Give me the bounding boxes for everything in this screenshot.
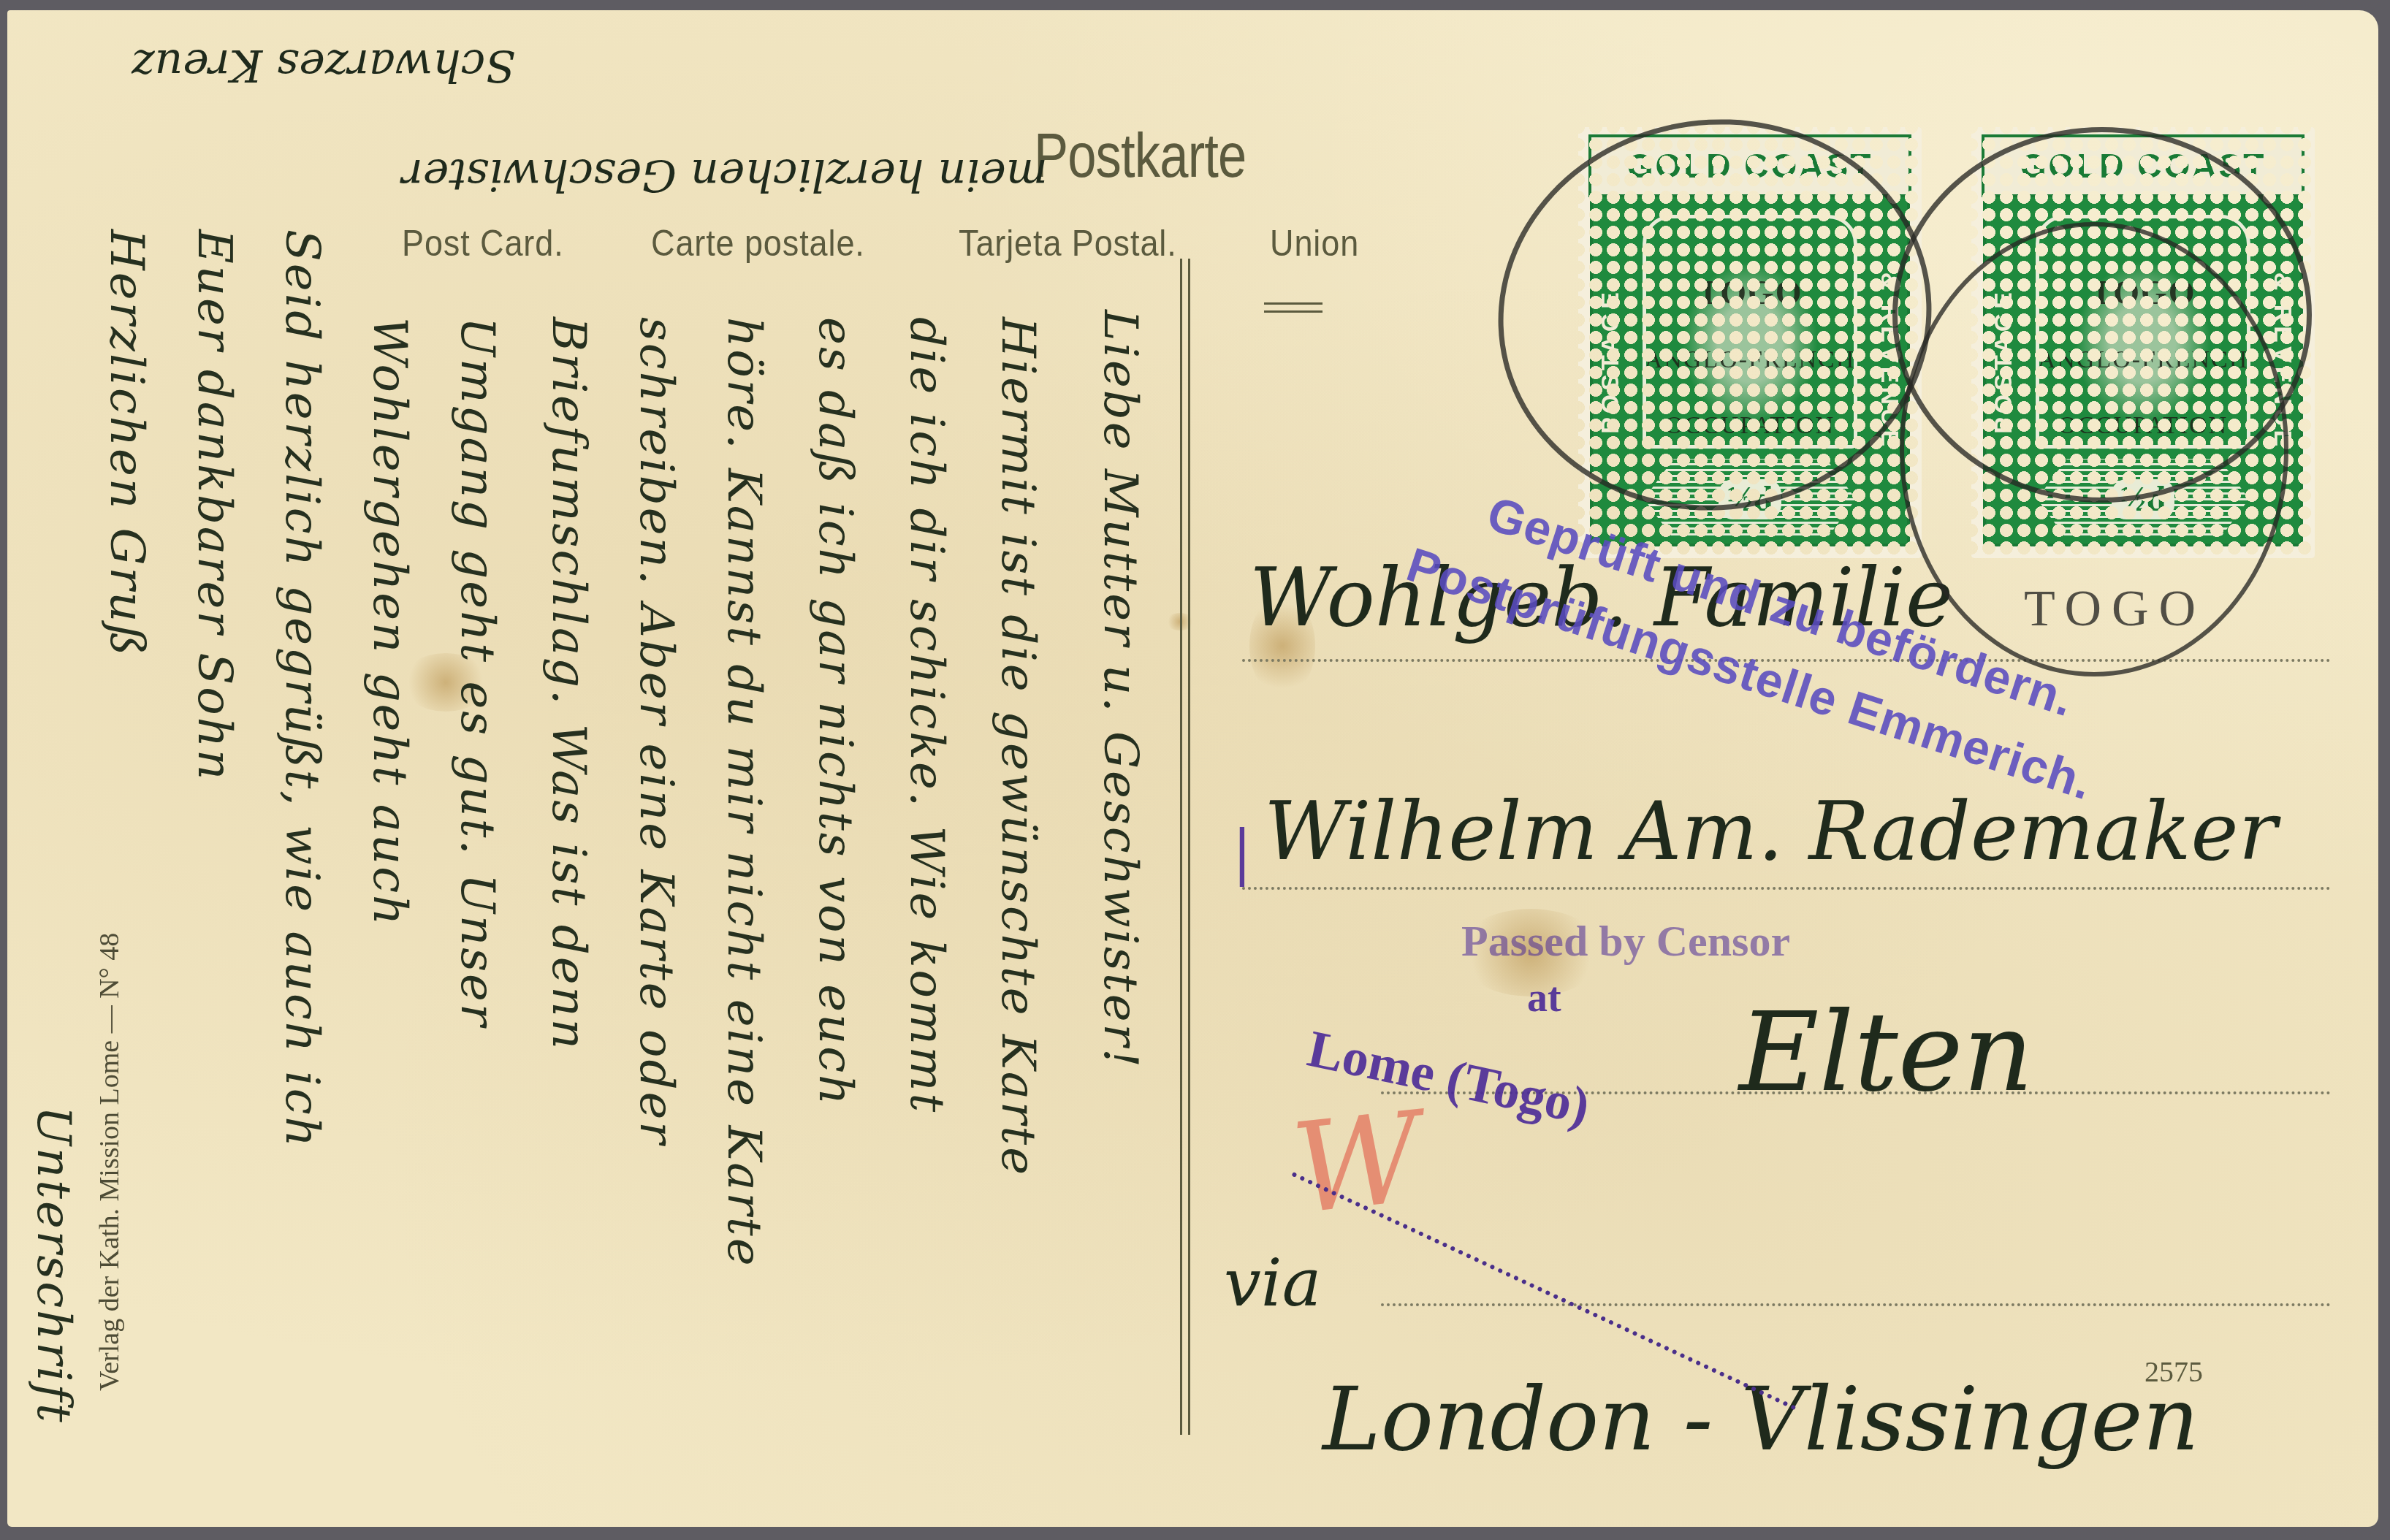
british-censor-line-2: at: [1527, 975, 1561, 1021]
message-line: Hiermit ist die gewünschte Karte: [991, 317, 1045, 1177]
postcard: Postkarte Post Card. Carte postale. Tarj…: [7, 10, 2378, 1527]
message-address-divider: [1180, 259, 1190, 1435]
subtitle-french: Carte postale.: [651, 222, 865, 264]
card-subtitles: Post Card. Carte postale. Tarjeta Postal…: [402, 222, 1369, 264]
message-line: Briefumschlag. Was ist denn: [541, 317, 595, 1051]
message-top-line: mein herzlichen Geschwister: [402, 149, 1048, 200]
british-censor-line-1: Passed by Censor: [1461, 916, 1790, 967]
subtitle-english: Post Card.: [402, 222, 564, 264]
card-title: Postkarte: [1034, 120, 1247, 192]
message-line: Seid herzlich gegrüßt, wie auch ich: [275, 229, 329, 1149]
address-line: [1381, 1303, 2331, 1306]
message-line: Umgang geht es gut. Unser: [450, 317, 504, 1029]
message-line: Liebe Mutter u. Geschwister!: [1093, 310, 1147, 1070]
message-top-line: Schwarzes Kreuz: [132, 39, 515, 91]
publisher-imprint: Verlag der Kath. Mission Lome — N° 48: [94, 933, 126, 1391]
message-line: die ich dir schicke. Wie kommt: [899, 317, 954, 1114]
message-line: Euer dankbarer Sohn: [187, 229, 241, 782]
subtitle-union: Union: [1270, 222, 1359, 264]
address-line-2: Wilhelm Am. Rademaker: [1264, 785, 2277, 878]
message-line: schreiben. Aber eine Karte oder: [629, 317, 683, 1146]
address-route: London - Vlissingen: [1323, 1369, 2199, 1471]
message-line: Wohlergehen geht auch: [362, 317, 416, 927]
message-line: Unterschrift: [26, 1106, 80, 1425]
postmark-text: TOGO: [2024, 580, 2206, 639]
red-crayon-mark: W: [1286, 1085, 1428, 1242]
address-line-3: Elten: [1739, 989, 2033, 1116]
header-rule: [1264, 302, 1323, 313]
message-line: höre. Kannst du mir nicht eine Karte: [717, 317, 771, 1268]
message-line: Herzlichen Gruß: [99, 229, 153, 657]
subtitle-spanish: Tarjeta Postal.: [959, 222, 1177, 264]
message-line: es daß ich gar nichts von euch: [808, 317, 862, 1107]
violet-stroke: |: [1235, 814, 1249, 889]
address-line: [1242, 887, 2331, 890]
via-label: via: [1224, 1245, 1321, 1322]
